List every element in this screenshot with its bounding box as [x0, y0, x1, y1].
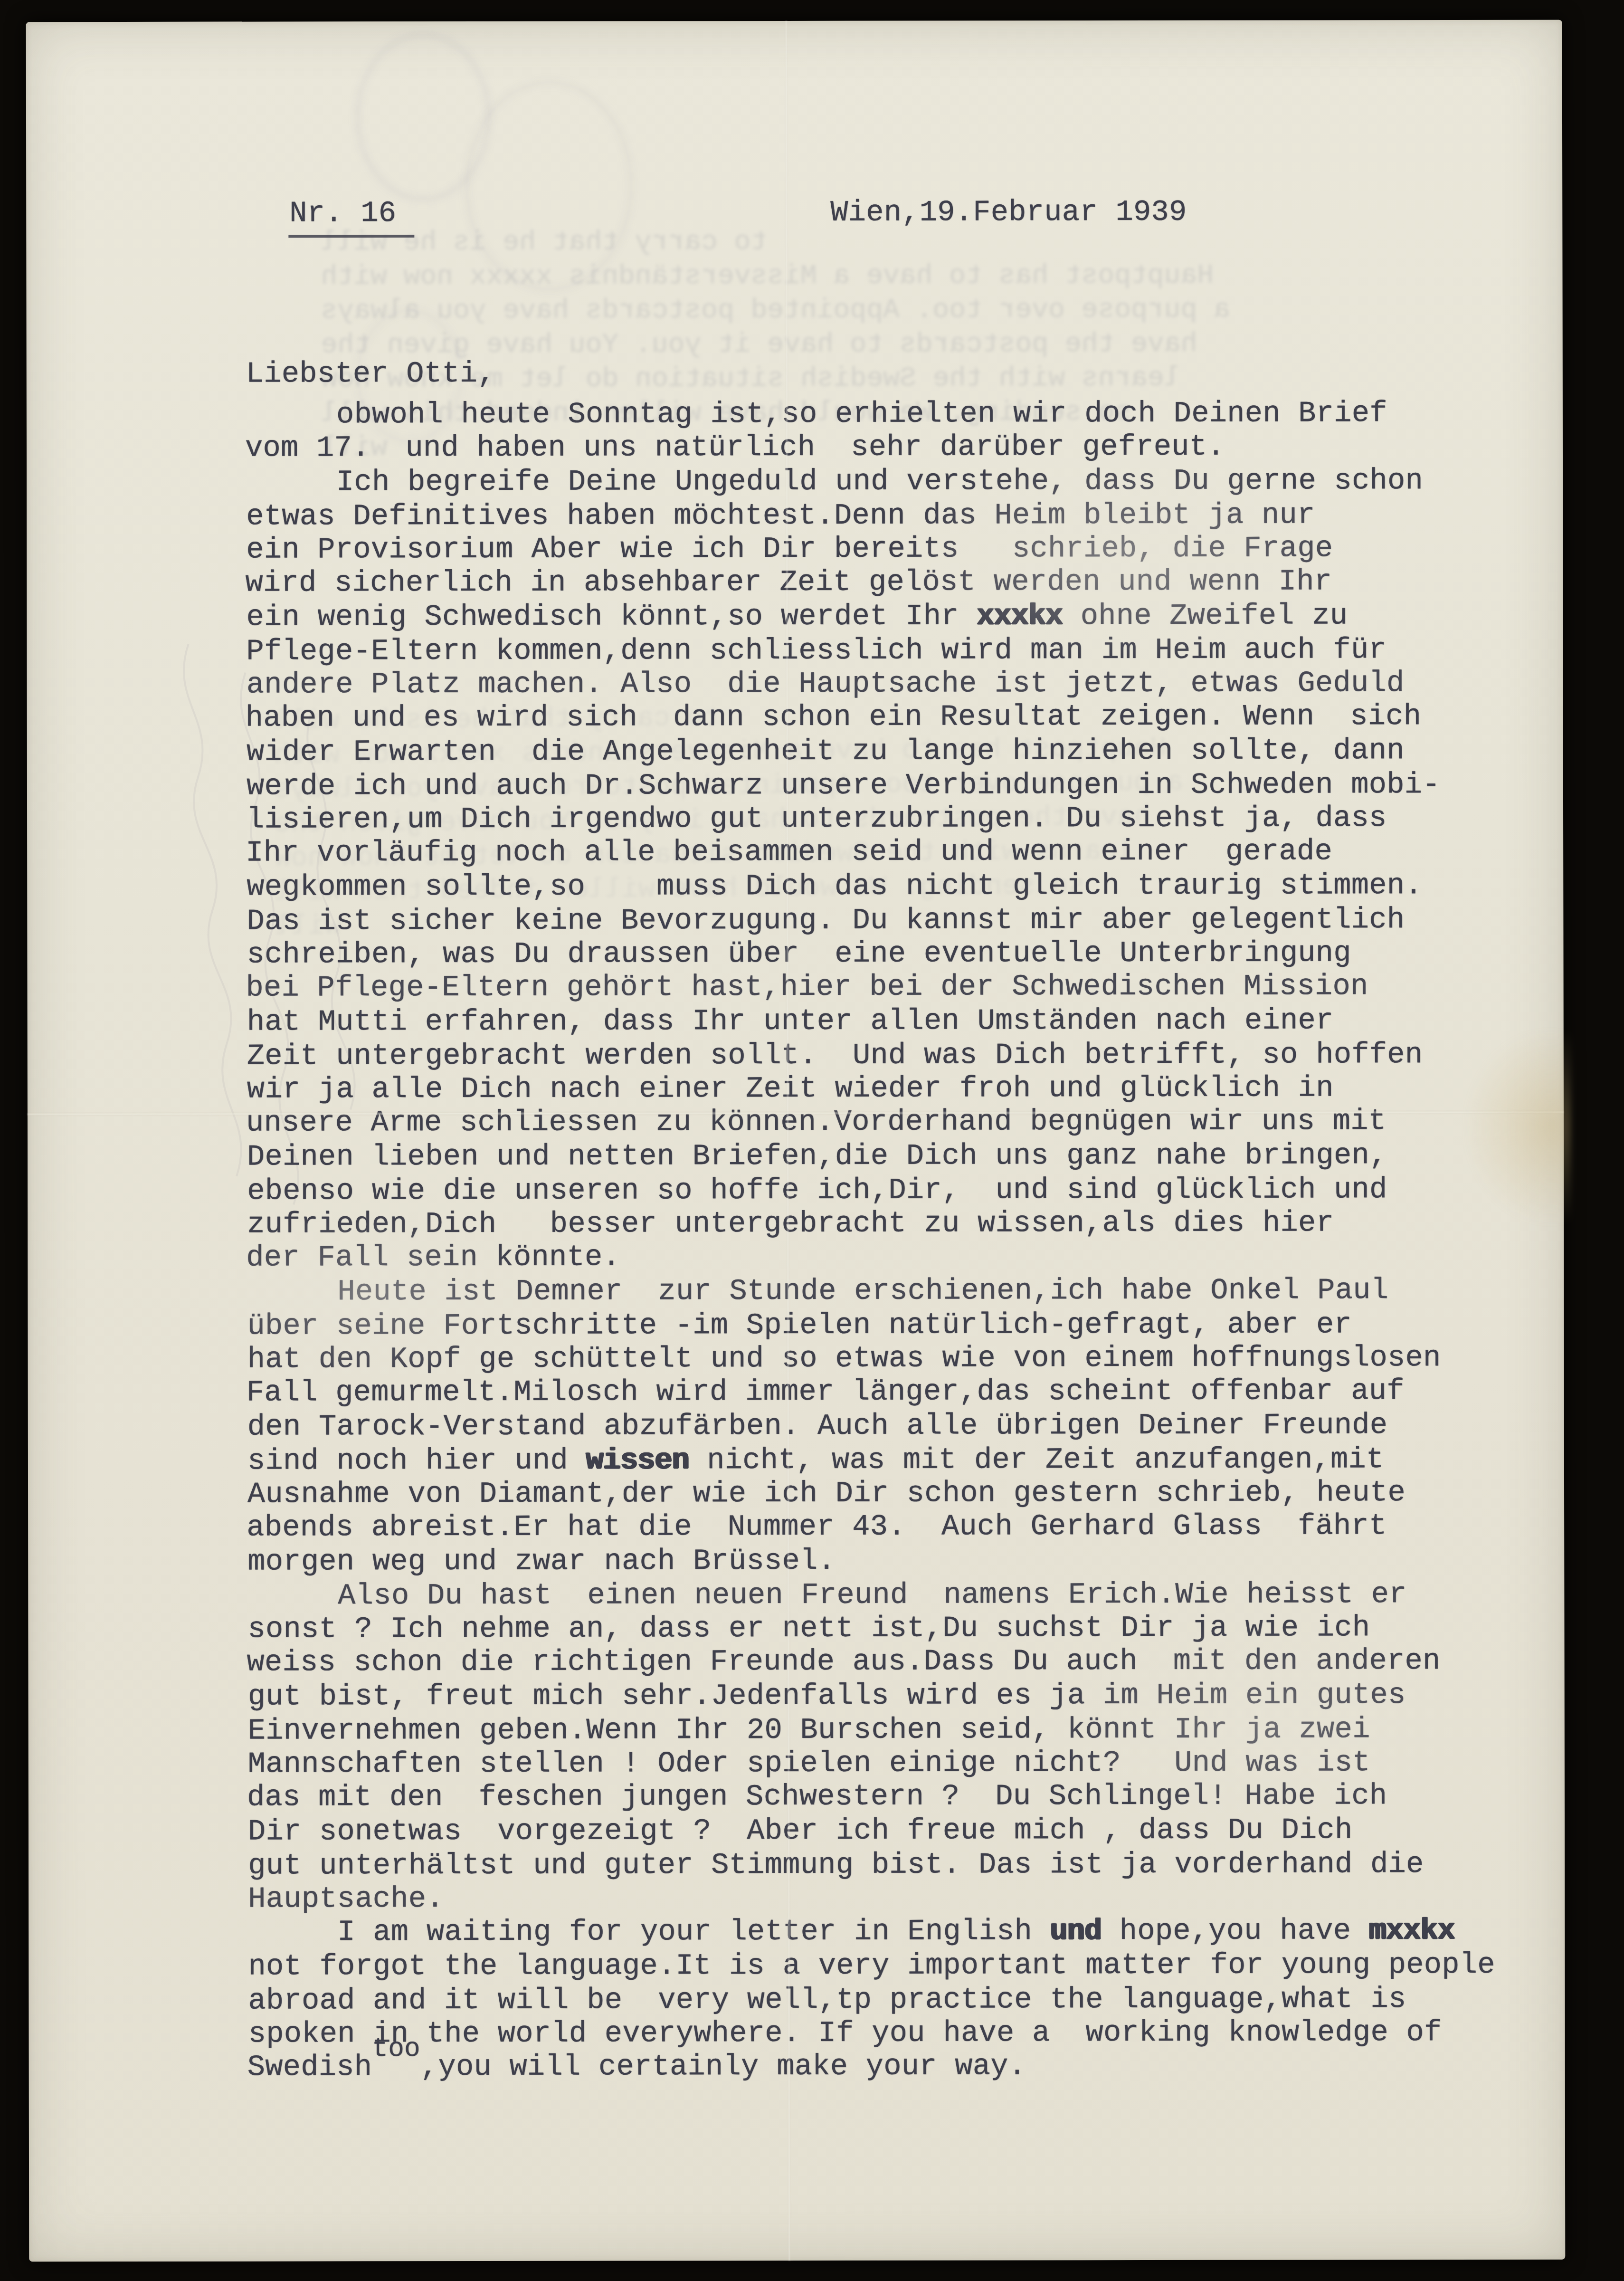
- letter-line: Also Du hast einen neuen Freund namens E…: [247, 1577, 1549, 1613]
- letter-line: Heute ist Demner zur Stunde erschienen,i…: [247, 1273, 1548, 1309]
- letter-line: obwohl heute Sonntag ist,so erhielten wi…: [246, 396, 1548, 432]
- letter-line: Swedishtoo,you will certainly make your …: [247, 2049, 1549, 2084]
- line-text: Mannschaften stellen ! Oder spielen eini…: [248, 1746, 1370, 1781]
- letter-line: andere Platz machen. Also die Hauptsache…: [247, 666, 1548, 702]
- letter-line: ein Provisorium Aber wie ich Dir bereits…: [246, 531, 1548, 567]
- line-text: bei Pflege-Eltern gehört hast,hier bei d…: [246, 969, 1368, 1004]
- line-text: gut bist, freut mich sehr.Jedenfalls wir…: [248, 1678, 1406, 1713]
- letter-line: hat Mutti erfahren, dass Ihr unter allen…: [247, 1003, 1548, 1039]
- letter-line: Dir sonetwas vorgezeigt ? Aber ich freue…: [248, 1813, 1549, 1849]
- line-text: ,you will certainly make your way.: [420, 2049, 1026, 2084]
- overtyped-word: xxxkx: [977, 599, 1063, 633]
- salutation: Liebster Otti,: [246, 357, 495, 391]
- letter-line: spoken in the world everywhere. If you h…: [248, 2015, 1550, 2051]
- line-text: Zeit untergebracht werden sollt. Und was…: [247, 1038, 1423, 1073]
- line-text: werde ich und auch Dr.Schwarz unsere Ver…: [247, 768, 1440, 803]
- line-text: Ihr vorläufig noch alle beisammen seid u…: [246, 834, 1332, 869]
- paper-stain: [1462, 1027, 1572, 1227]
- line-text: Ausnahme von Diamant,der wie ich Dir sch…: [247, 1476, 1406, 1511]
- letter-line: abroad and it will be very well,tp pract…: [248, 1982, 1549, 2018]
- overtyped-word: mxxkx: [1369, 1914, 1455, 1947]
- letter-number: Nr. 16: [288, 196, 414, 238]
- line-text: morgen weg und zwar nach Brüssel.: [247, 1544, 836, 1579]
- line-text: hat den Kopf ge schüttelt und so etwas w…: [247, 1341, 1441, 1376]
- line-text: Heute ist Demner zur Stunde erschienen,i…: [337, 1273, 1388, 1308]
- line-text: Hauptsache.: [248, 1882, 444, 1916]
- letter-line: Fall gemurmelt.Milosch wird immer länger…: [247, 1374, 1548, 1410]
- letter-line: sonst ? Ich nehme an, dass er nett ist,D…: [247, 1611, 1549, 1646]
- line-text: Ich begreife Deine Ungeduld und verstehe…: [336, 464, 1423, 499]
- line-text: nicht, was mit der Zeit anzufangen,mit: [689, 1442, 1384, 1477]
- letter-line: I am waiting for your letter in English …: [247, 1914, 1548, 1949]
- line-text: Deinen lieben und netten Briefen,die Dic…: [247, 1138, 1387, 1174]
- letter-scan: to carry that he is he willHauptpost has…: [0, 0, 1624, 2281]
- letter-line: wider Erwarten die Angelegenheit zu lang…: [247, 734, 1548, 769]
- line-text: abends abreist.Er hat die Nummer 43. Auc…: [247, 1509, 1387, 1544]
- letter-line: morgen weg und zwar nach Brüssel.: [247, 1543, 1549, 1579]
- letter-line: abends abreist.Er hat die Nummer 43. Auc…: [247, 1509, 1548, 1545]
- line-text: sind noch hier und: [247, 1444, 586, 1478]
- line-text: ohne Zweifel zu: [1063, 599, 1348, 633]
- line-text: unsere Arme schliessen zu können.Vorderh…: [246, 1104, 1386, 1139]
- letter-line: gut bist, freut mich sehr.Jedenfalls wir…: [248, 1678, 1549, 1714]
- line-text: sonst ? Ich nehme an, dass er nett ist,D…: [247, 1611, 1370, 1646]
- letter-line: etwas Definitives haben möchtest.Denn da…: [246, 498, 1548, 534]
- letter-line: not forgot the language.It is a very imp…: [248, 1948, 1549, 1984]
- letter-line: werde ich und auch Dr.Schwarz unsere Ver…: [247, 768, 1548, 803]
- letter-line: über seine Fortschritte -im Spielen natü…: [247, 1308, 1548, 1343]
- overtyped-word: wissen: [586, 1443, 689, 1477]
- letter-line: wir ja alle Dich nach einer Zeit wieder …: [247, 1071, 1548, 1107]
- letter-body: obwohl heute Sonntag ist,so erhielten wi…: [246, 396, 1550, 2085]
- line-text: hope,you have: [1102, 1914, 1369, 1948]
- letter-line: haben und es wird sich dann schon ein Re…: [246, 699, 1547, 735]
- line-text: Pflege-Eltern kommen,denn schliesslich w…: [247, 633, 1387, 668]
- line-text: Fall gemurmelt.Milosch wird immer länger…: [247, 1374, 1405, 1409]
- line-text: haben und es wird sich dann schon ein Re…: [246, 699, 1422, 735]
- line-text: vom 17. und haben uns natürlich sehr dar…: [245, 430, 1225, 465]
- letter-line: Ihr vorläufig noch alle beisammen seid u…: [246, 834, 1547, 870]
- letter-line: unsere Arme schliessen zu können.Vorderh…: [246, 1104, 1548, 1140]
- letter-line: vom 17. und haben uns natürlich sehr dar…: [245, 429, 1547, 465]
- letter-line: das mit den feschen jungen Schwestern ? …: [247, 1779, 1548, 1814]
- line-text: wegkommen sollte,so muss Dich das nicht …: [247, 868, 1423, 904]
- line-text: spoken in the world everywhere. If you h…: [248, 2015, 1442, 2051]
- letter-line: Einvernehmen geben.Wenn Ihr 20 Burschen …: [248, 1712, 1549, 1748]
- letter-line: ein wenig Schwedisch könnt,so werdet Ihr…: [246, 599, 1548, 634]
- line-text: gut unterhältst und guter Stimmung bist.…: [248, 1847, 1424, 1882]
- line-text: wider Erwarten die Angelegenheit zu lang…: [247, 734, 1405, 769]
- line-text: ein wenig Schwedisch könnt,so werdet Ihr: [246, 599, 977, 634]
- letter-line: lisieren,um Dich irgendwo gut unterzubri…: [247, 801, 1548, 837]
- letter-line: Hauptsache.: [248, 1880, 1549, 1916]
- letter-line: gut unterhältst und guter Stimmung bist.…: [248, 1847, 1549, 1883]
- line-text: I am waiting for your letter in English: [337, 1914, 1050, 1949]
- line-text: den Tarock-Verstand abzufärben. Auch all…: [247, 1408, 1387, 1443]
- line-text: andere Platz machen. Also die Hauptsache…: [247, 666, 1405, 701]
- letter-line: Mannschaften stellen ! Oder spielen eini…: [248, 1746, 1549, 1781]
- overtyped-word: und: [1050, 1914, 1102, 1948]
- letter-line: Zeit untergebracht werden sollt. Und was…: [247, 1038, 1548, 1073]
- letter-line: bei Pflege-Eltern gehört hast,hier bei d…: [246, 969, 1547, 1005]
- letter-line: den Tarock-Verstand abzufärben. Auch all…: [247, 1408, 1549, 1444]
- letter-line: Ausnahme von Diamant,der wie ich Dir sch…: [247, 1476, 1549, 1511]
- line-text: Das ist sicher keine Bevorzugung. Du kan…: [247, 903, 1405, 938]
- letter-line: Ich begreife Deine Ungeduld und verstehe…: [246, 464, 1548, 499]
- line-text: wir ja alle Dich nach einer Zeit wieder …: [247, 1071, 1334, 1106]
- line-text: obwohl heute Sonntag ist,so erhielten wi…: [336, 396, 1387, 431]
- letter-line: hat den Kopf ge schüttelt und so etwas w…: [247, 1341, 1549, 1376]
- line-text: Einvernehmen geben.Wenn Ihr 20 Burschen …: [248, 1712, 1370, 1747]
- line-text: über seine Fortschritte -im Spielen natü…: [247, 1308, 1351, 1343]
- letter-line: weiss schon die richtigen Freunde aus.Da…: [247, 1644, 1548, 1680]
- letter-line: wegkommen sollte,so muss Dich das nicht …: [247, 868, 1548, 904]
- line-text: hat Mutti erfahren, dass Ihr unter allen…: [247, 1003, 1334, 1039]
- letter-line: Deinen lieben und netten Briefen,die Dic…: [247, 1138, 1548, 1174]
- line-text: etwas Definitives haben möchtest.Denn da…: [246, 498, 1315, 533]
- line-text: weiss schon die richtigen Freunde aus.Da…: [247, 1644, 1440, 1680]
- letter-line: sind noch hier und wissen nicht, was mit…: [247, 1442, 1549, 1478]
- line-text: Also Du hast einen neuen Freund namens E…: [338, 1577, 1406, 1613]
- line-text: not forgot the language.It is a very imp…: [248, 1948, 1495, 1984]
- dateline: Wien,19.Februar 1939: [830, 195, 1187, 229]
- line-text: zufrieden,Dich besser untergebracht zu w…: [247, 1206, 1334, 1241]
- letter-line: wird sicherlich in absehbarer Zeit gelös…: [245, 564, 1547, 600]
- line-text: das mit den feschen jungen Schwestern ? …: [247, 1779, 1387, 1814]
- smudge-ring: [463, 78, 636, 293]
- letter-paper: to carry that he is he willHauptpost has…: [26, 20, 1566, 2262]
- line-text: ein Provisorium Aber wie ich Dir bereits…: [246, 531, 1333, 566]
- letter-line: Pflege-Eltern kommen,denn schliesslich w…: [247, 633, 1548, 668]
- inserted-word: too: [372, 2033, 420, 2064]
- letter-line: schreiben, was Du draussen über eine eve…: [247, 936, 1548, 972]
- line-text: Swedish: [247, 2050, 372, 2084]
- line-text: schreiben, was Du draussen über eine eve…: [247, 936, 1351, 971]
- letter-line: zufrieden,Dich besser untergebracht zu w…: [247, 1206, 1548, 1241]
- line-text: wird sicherlich in absehbarer Zeit gelös…: [245, 564, 1332, 600]
- line-text: ebenso wie die unseren so hoffe ich,Dir,…: [247, 1173, 1387, 1208]
- letter-line: ebenso wie die unseren so hoffe ich,Dir,…: [247, 1173, 1548, 1208]
- line-text: abroad and it will be very well,tp pract…: [248, 1982, 1406, 2017]
- line-text: Dir sonetwas vorgezeigt ? Aber ich freue…: [248, 1813, 1352, 1848]
- line-text: der Fall sein könnte.: [246, 1241, 620, 1275]
- letter-line: der Fall sein könnte.: [246, 1239, 1548, 1275]
- bleed-through-text: a purpose over too. Appointed postcards …: [321, 293, 1471, 328]
- line-text: lisieren,um Dich irgendwo gut unterzubri…: [247, 801, 1387, 836]
- letter-line: Das ist sicher keine Bevorzugung. Du kan…: [247, 903, 1548, 938]
